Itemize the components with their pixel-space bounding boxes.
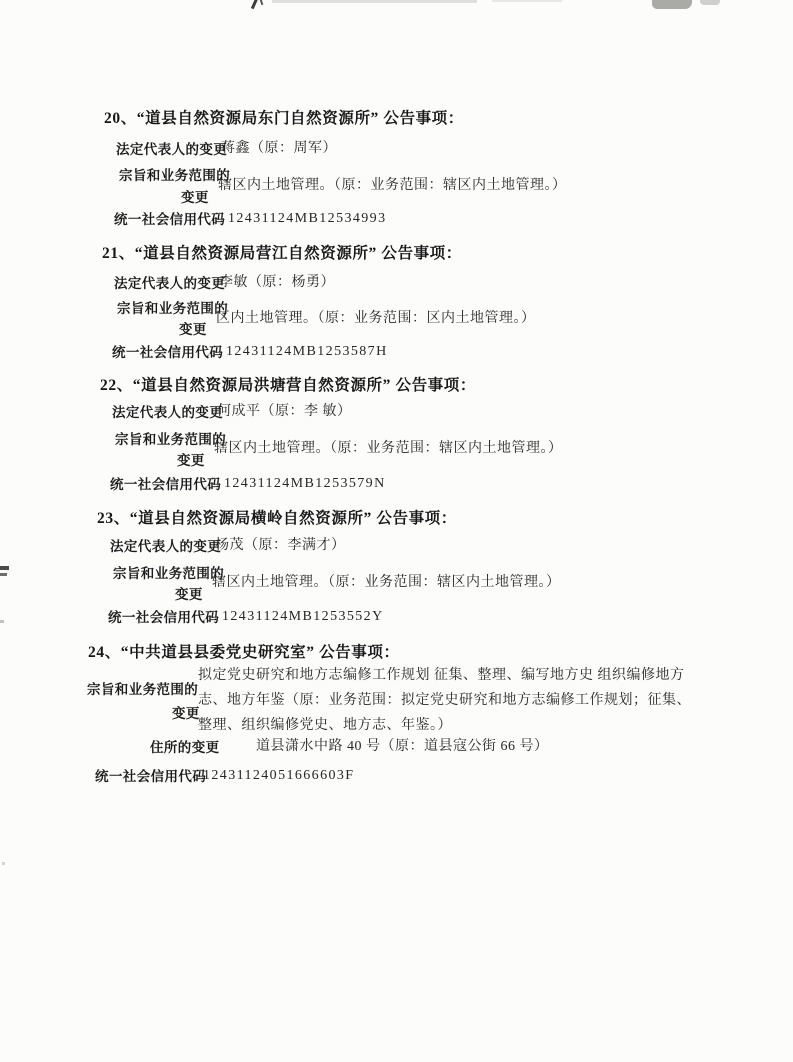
scan-artifact-streak: [492, 0, 562, 2]
scan-artifact-binding-mark: [0, 573, 7, 576]
row-label-line2: 变更: [172, 706, 200, 722]
row-label: 统一社会信用代码: [112, 345, 223, 361]
row-value: 蒋鑫（原：周军）: [221, 141, 337, 158]
section-heading: 22、“道县自然资源局洪塘营自然资源所” 公告事项：: [100, 377, 476, 396]
row-label: 统一社会信用代码: [108, 610, 219, 626]
row-value-line3: 整理、组织编修党史、地方志、年鉴。）: [198, 718, 452, 735]
scan-artifact-smudge: [652, 0, 692, 9]
row-label-line1: 宗旨和业务范围的: [87, 682, 198, 698]
row-value: 杨茂（原：李满才）: [215, 538, 346, 555]
credit-code-value: 12431124051666603F: [203, 768, 354, 785]
row-label: 法定代表人的变更: [112, 405, 223, 421]
section-heading: 23、“道县自然资源局横岭自然资源所” 公告事项：: [97, 510, 457, 529]
scan-artifact-glyph-fragment: [250, 0, 266, 11]
scan-artifact-smudge: [700, 0, 720, 5]
row-label-line1: 宗旨和业务范围的: [119, 168, 230, 184]
scan-artifact-binding-mark: [2, 862, 5, 865]
row-label: 统一社会信用代码: [114, 212, 225, 228]
scan-artifact-binding-mark: [0, 620, 4, 623]
row-label-line2: 变更: [179, 322, 207, 338]
row-label: 法定代表人的变更: [114, 276, 225, 292]
row-label-line2: 变更: [175, 587, 203, 603]
row-value: 辖区内土地管理。（原：业务范围：辖区内土地管理。）: [212, 575, 561, 592]
scanned-document-page: 20、“道县自然资源局东门自然资源所” 公告事项： 法定代表人的变更 蒋鑫（原：…: [0, 0, 793, 1062]
row-label: 住所的变更: [150, 740, 220, 756]
row-value: 道县潇水中路 40 号（原：道县寇公街 66 号）: [256, 739, 549, 756]
row-value: 李敏（原：杨勇）: [219, 275, 335, 292]
section-heading: 24、“中共道县县委党史研究室” 公告事项：: [88, 644, 400, 663]
row-label-line1: 宗旨和业务范围的: [115, 432, 226, 448]
row-label: 统一社会信用代码: [95, 769, 206, 785]
row-label-line2: 变更: [177, 453, 205, 469]
row-value: 辖区内土地管理。（原：业务范围：辖区内土地管理。）: [214, 441, 563, 458]
scan-artifact-streak: [272, 0, 477, 3]
section-heading: 20、“道县自然资源局东门自然资源所” 公告事项：: [104, 110, 464, 129]
credit-code-value: 12431124MB1253579N: [224, 476, 386, 493]
row-label-line1: 宗旨和业务范围的: [113, 566, 224, 582]
row-label: 法定代表人的变更: [110, 539, 221, 555]
row-label: 统一社会信用代码: [110, 477, 221, 493]
row-value: 区内土地管理。（原：业务范围：区内土地管理。）: [216, 311, 536, 328]
credit-code-value: 12431124MB1253552Y: [222, 609, 384, 626]
row-value: 辖区内土地管理。（原：业务范围：辖区内土地管理。）: [218, 178, 567, 195]
row-label-line2: 变更: [181, 190, 209, 206]
row-value-line1: 拟定党史研究和地方志编修工作规划 征集、整理、编写地方史 组织编修地方: [198, 668, 685, 685]
scan-artifact-binding-mark: [0, 566, 9, 570]
row-value: 何成平（原：李 敏）: [217, 404, 352, 421]
credit-code-value: 12431124MB12534993: [228, 211, 386, 228]
row-label: 法定代表人的变更: [116, 142, 227, 158]
row-value-line2: 志、地方年鉴（原：业务范围：拟定党史研究和地方志编修工作规划；征集、: [198, 693, 691, 710]
row-label-line1: 宗旨和业务范围的: [117, 301, 228, 317]
credit-code-value: 12431124MB1253587H: [226, 344, 388, 361]
section-heading: 21、“道县自然资源局营江自然资源所” 公告事项：: [102, 245, 462, 264]
